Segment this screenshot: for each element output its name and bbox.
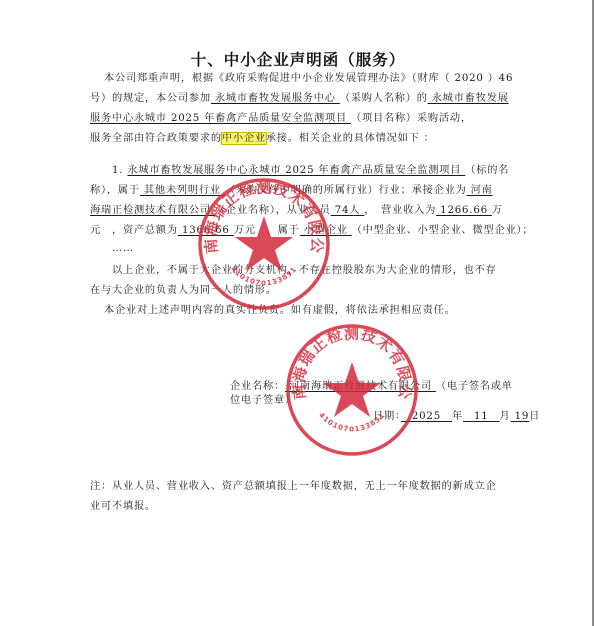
- enterprise-size: 小型企业: [300, 225, 352, 236]
- date-day: 19: [511, 411, 530, 422]
- item1-line3: 海瑞正检测技术有限公司 （企业名称），从业人员 74人 ， 营业收入为 1266…: [90, 204, 510, 218]
- para3: 本企业对上述声明内容的真实性负责。如有虚假，将依法承担相应责任。: [104, 304, 524, 318]
- highlight-sme: 中小企业: [222, 133, 266, 144]
- date-month: 11: [463, 411, 500, 422]
- subject-name: 永城市畜牧发展服务中心永城市 2025 年畜禽产品质量安全监测项目: [127, 165, 465, 176]
- item1-line4: 元 ，资产总额为 1366.66 万元 ，属于 小型企业 （中型企业、小型企业、…: [90, 224, 510, 238]
- project-name-part2: 服务中心永城市 2025 年畜禽产品质量安全监测项目: [90, 113, 351, 124]
- item1-line2: 称），属于 其他未列明行业 （采购文件中明确的所属行业）行业；承接企业为 河南: [90, 184, 510, 198]
- item1-line1: 1. 永城市畜牧发展服务中心永城市 2025 年畜禽产品质量安全监测项目 （标的…: [112, 164, 532, 178]
- note-line1: 注：从业人员、营业收入、资产总额填报上一年度数据，无上一年度数据的新成立企: [90, 480, 510, 494]
- para1-line4: 服务全部由符合政策要求的中小企业承接。相关企业的具体情况如下 ：: [90, 132, 510, 146]
- signature-note-line: 位电子签章）: [230, 394, 510, 408]
- para1-line2: 号）的规定，本公司参加 永城市畜牧发展服务中心 （采购人名称）的 永城市畜牧发展: [90, 92, 510, 106]
- para2-line2: 在与大企业的负责人为同一人的情形。: [90, 284, 510, 298]
- page-edge-scrollbar[interactable]: [592, 0, 594, 626]
- note-line2: 业可不填报。: [90, 500, 510, 514]
- industry: 其他未列明行业: [140, 185, 225, 196]
- signature-company-name: 河南海瑞正检测技术有限公司: [285, 381, 436, 392]
- purchaser-name: 永城市畜牧发展服务中心: [211, 93, 340, 104]
- para1-line1: 本公司郑重声明，根据《政府采购促进中小企业发展管理办法》（财库（ 2020 ）4…: [104, 72, 524, 86]
- document-title: 十、中小企业声明函（服务）: [0, 48, 596, 70]
- item-ellipsis: ……: [112, 242, 532, 256]
- revenue: 1266.66: [436, 205, 492, 216]
- assets: 1366.66: [178, 225, 234, 236]
- signature-company-line: 企业名称： 河南海瑞正检测技术有限公司 （电子签名或单: [230, 380, 510, 394]
- company-name-part2: 海瑞正检测技术有限公司: [90, 205, 215, 216]
- signature-date-line: 日期： 2025 年 11 月 19日: [373, 410, 513, 424]
- para1-line3: 服务中心永城市 2025 年畜禽产品质量安全监测项目 （项目名称）采购活动，: [90, 112, 510, 126]
- document-page: 十、中小企业声明函（服务） 本公司郑重声明，根据《政府采购促进中小企业发展管理办…: [0, 0, 594, 626]
- company-name-part1: 河南: [467, 185, 493, 196]
- date-year: 2025: [401, 411, 452, 422]
- para2-line1: 以上企业，不属于大企业的分支机构，不存在控股股东为大企业的情形，也不存: [112, 264, 532, 278]
- project-name-part1: 永城市畜牧发展: [428, 93, 509, 104]
- employees: 74人: [331, 205, 365, 216]
